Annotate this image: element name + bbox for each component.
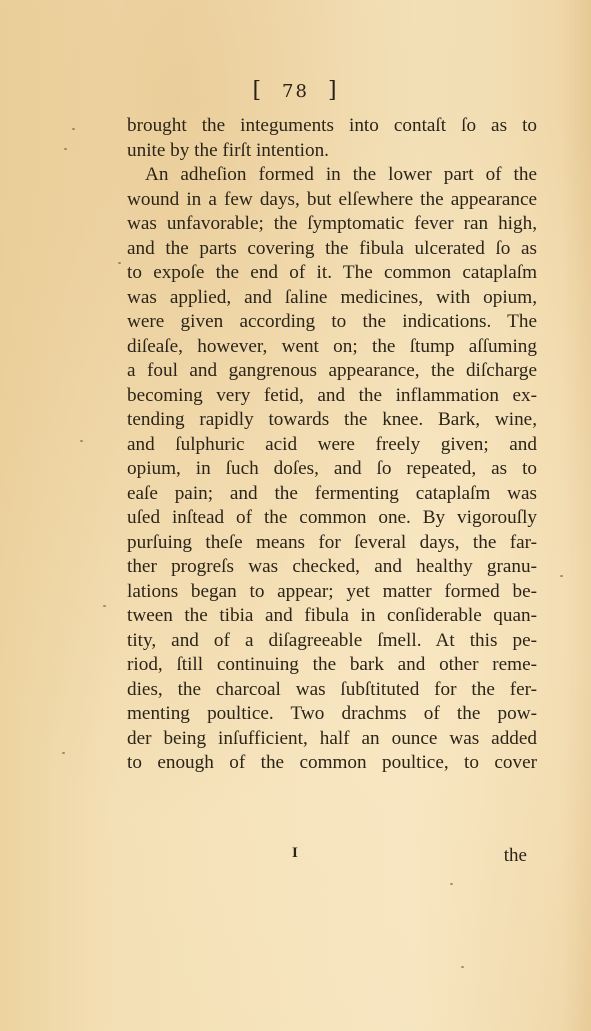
text-line: unite by the firſt intention. [127,139,537,164]
text-line: to enough of the common poultice, to cov… [127,751,537,776]
text-line: purſuing theſe means for ſeveral days, t… [127,531,537,556]
paper-speck [461,966,464,968]
text-line: was unfavorable; the ſymptomatic fever r… [127,212,537,237]
text-line: eaſe pain; and the fermenting cataplaſm … [127,482,537,507]
text-line: ther progreſs was checked, and healthy g… [127,555,537,580]
page-number-header: [ 78 ] [0,78,591,103]
text-line: were given according to the indications.… [127,310,537,335]
text-line: a foul and gangrenous appearance, the di… [127,359,537,384]
text-line: brought the integuments into contaſt ſo … [127,114,537,139]
text-line: tity, and of a diſagreeable ſmell. At th… [127,629,537,654]
text-line: becoming very fetid, and the inflammatio… [127,384,537,409]
text-line: to expoſe the end of it. The common cata… [127,261,537,286]
paper-speck [103,605,106,607]
text-line: diſeaſe, however, went on; the ſtump aſſ… [127,335,537,360]
text-line: lations began to appear; yet matter form… [127,580,537,605]
text-line: and ſulphuric acid were freely given; an… [127,433,537,458]
bracket-open: [ [252,78,263,103]
text-line: menting poultice. Two drachms of the pow… [127,702,537,727]
bracket-close: ] [328,78,339,103]
text-line: was applied, and ſaline medicines, with … [127,286,537,311]
paper-speck [450,883,453,885]
text-line: tween the tibia and fibula in conſiderab… [127,604,537,629]
body-text: brought the integuments into contaſt ſo … [127,114,537,776]
text-line: uſed inſtead of the common one. By vigor… [127,506,537,531]
text-line: riod, ſtill continuing the bark and othe… [127,653,537,678]
text-line: tending rapidly towards the knee. Bark, … [127,408,537,433]
paper-speck [62,752,65,754]
book-page: [ 78 ] brought the integuments into cont… [0,0,591,1031]
text-line-paragraph-start: An adheſion formed in the lower part of … [127,163,537,188]
text-line: der being inſufficient, half an ounce wa… [127,727,537,752]
paper-speck [118,262,121,264]
signature-mark: I [292,845,298,862]
paper-speck [80,440,83,442]
paper-speck [72,128,75,130]
text-line: opium, in ſuch doſes, and ſo repeated, a… [127,457,537,482]
text-line: and the parts covering the fibula ulcera… [127,237,537,262]
text-line: dies, the charcoal was ſubſtituted for t… [127,678,537,703]
paper-speck [64,148,67,150]
catchword: the [504,845,527,867]
page-number: 78 [282,81,309,102]
paper-speck [560,575,563,577]
text-line: wound in a few days, but elſewhere the a… [127,188,537,213]
